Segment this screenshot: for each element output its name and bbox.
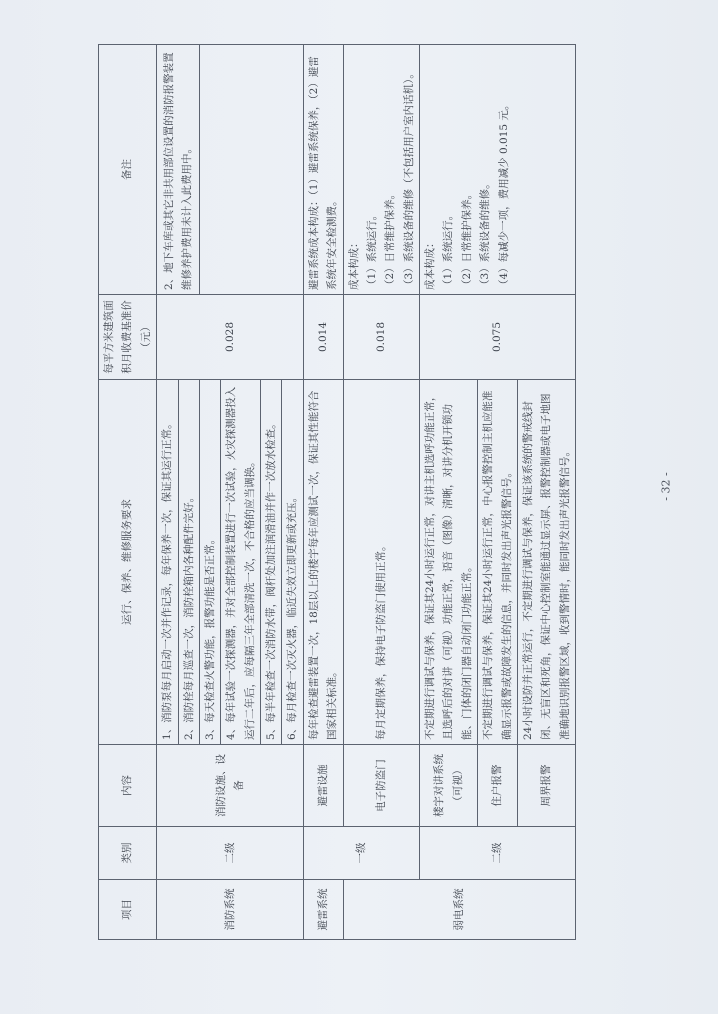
cell-content-household-alarm: 住户报警 (478, 745, 518, 827)
service-standard-table-rotated: 项目 类别 内容 运行、保养、维修服务要求 每平方米建筑面积月收费基准价（元） … (98, 45, 598, 940)
cell-remarks-fire-empty (199, 45, 303, 295)
fire-item-6: 6、每月检查一次灭火器，临近失效立即更新或充压。 (282, 380, 303, 745)
cell-project-weak: 弱电系统 (343, 880, 576, 940)
table-row: 弱电系统 电子防盗门 每月定期保养，保持电子防盗门使用正常。 0.018 成本构… (343, 45, 420, 940)
cell-req-intercom: 不定期进行调试与保养，保证其24小时运行正常，对讲主机选呼功能正常，且选呼后的对… (420, 380, 478, 745)
door-remarks-item: （3）系统设备的维修（不包括用户室内话机）。 (400, 49, 418, 290)
door-remarks-title: 成本构成： (345, 49, 363, 290)
weak-remarks-item: （3）系统设备的维修。 (476, 49, 494, 290)
header-project: 项目 (99, 880, 157, 940)
cell-content-perimeter-alarm: 周界报警 (517, 745, 575, 827)
cell-price-door: 0.018 (343, 295, 420, 380)
cell-project-fire: 消防系统 (157, 880, 304, 940)
header-price: 每平方米建筑面积月收费基准价（元） (99, 295, 157, 380)
header-requirements: 运行、保养、维修服务要求 (99, 380, 157, 745)
cell-project-lightning: 避雷系统 (303, 880, 343, 940)
cell-req-lightning: 每年检查避雷装置一次，18层以上的楼宇每年应测试一次，保证其性能符合国家相关标准… (303, 380, 343, 745)
cell-content-lightning: 避雷设施 (303, 745, 343, 827)
page-number: - 32 - (660, 472, 673, 500)
cell-content-intercom: 楼宇对讲系统（可视） (420, 745, 478, 827)
header-category: 类别 (99, 827, 157, 880)
cell-category-weak: 二级 (420, 827, 576, 880)
fire-item-2: 2、消防栓每月巡查一次，消防栓箱内各种配件完好。 (178, 380, 199, 745)
cell-remarks-lightning: 避雷系统成本构成：（1）避雷系统保养，（2）避雷系统年安全检测费。 (303, 45, 343, 295)
door-remarks-item: （2）日常维护保养。 (381, 49, 399, 290)
fire-item-3: 3、每天检查火警功能，报警功能是否正常。 (199, 380, 220, 745)
header-content: 内容 (99, 745, 157, 827)
fire-item-5: 5、每半年检查一次消防水带，阀杆处加注润滑油并作一次放水检查。 (261, 380, 282, 745)
weak-remarks-title: 成本构成： (421, 49, 439, 290)
table-row: 消防系统 二级 消防设施、设备 1、消防泵每月启动一次并作记录，每年保养一次，保… (157, 45, 178, 940)
cell-req-perimeter-alarm: 24小时设防并正常运行，不定期进行调试与保养，保证该系统的警戒线封闭、无盲区和死… (517, 380, 575, 745)
cell-req-door: 每月定期保养，保持电子防盗门使用正常。 (343, 380, 420, 745)
cell-remarks-fire: 2、地下车库或其它非共用部位设置的消防报警装置维修养护费用未计入此费用中。 (157, 45, 200, 295)
weak-remarks-item: （2）日常维护保养。 (458, 49, 476, 290)
table-row: 避雷系统 一级 避雷设施 每年检查避雷装置一次，18层以上的楼宇每年应测试一次，… (303, 45, 343, 940)
weak-remarks-item: （1）系统运行。 (439, 49, 457, 290)
cell-content-fire: 消防设施、设备 (157, 745, 304, 827)
table-row: 二级 楼宇对讲系统（可视） 不定期进行调试与保养，保证其24小时运行正常，对讲主… (420, 45, 478, 940)
cell-category-level1: 一级 (303, 827, 419, 880)
scanned-page: 项目 类别 内容 运行、保养、维修服务要求 每平方米建筑面积月收费基准价（元） … (0, 0, 718, 1014)
cell-price-weak: 0.075 (420, 295, 576, 380)
service-standard-table: 项目 类别 内容 运行、保养、维修服务要求 每平方米建筑面积月收费基准价（元） … (98, 44, 576, 940)
cell-category-fire: 二级 (157, 827, 304, 880)
cell-content-door: 电子防盗门 (343, 745, 420, 827)
table-header-row: 项目 类别 内容 运行、保养、维修服务要求 每平方米建筑面积月收费基准价（元） … (99, 45, 157, 940)
fire-item-4: 4、每年试验一次探测器，并对全部控制装置进行一次试验，火灾探测器投入运行二年后，… (221, 380, 261, 745)
cell-price-lightning: 0.014 (303, 295, 343, 380)
cell-remarks-weak: 成本构成： （1）系统运行。 （2）日常维护保养。 （3）系统设备的维修。 （4… (420, 45, 576, 295)
header-remarks: 备注 (99, 45, 157, 295)
door-remarks-item: （1）系统运行。 (363, 49, 381, 290)
weak-remarks-item: （4）每减少一项，费用减少 0.015 元。 (495, 49, 513, 290)
cell-req-household-alarm: 不定期进行调试与保养，保证其24小时运行正常，中心报警控制主机应能准确显示报警或… (478, 380, 518, 745)
cell-price-fire: 0.028 (157, 295, 304, 380)
cell-remarks-door: 成本构成： （1）系统运行。 （2）日常维护保养。 （3）系统设备的维修（不包括… (343, 45, 420, 295)
fire-item-1: 1、消防泵每月启动一次并作记录，每年保养一次，保证其运行正常。 (157, 380, 178, 745)
